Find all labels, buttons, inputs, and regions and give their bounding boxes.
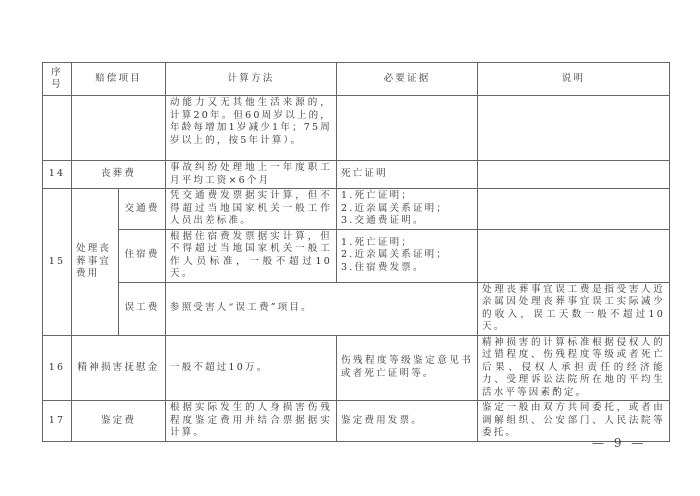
- evidence-cell: 伤残程度等级鉴定意见书或者死亡证明等。: [337, 335, 478, 401]
- header-item: 赔偿项目: [72, 63, 166, 96]
- note-cell: [478, 161, 670, 189]
- item-cell: 精神损害抚慰金: [72, 335, 166, 401]
- table-row-16: 16 精神损害抚慰金 一般不超过10万。 伤残程度等级鉴定意见书或者死亡证明等。…: [43, 335, 670, 401]
- seq-cell: 17: [43, 401, 72, 442]
- item-cell: 处理丧葬事宜费用: [72, 189, 119, 336]
- seq-cell: 14: [43, 161, 72, 189]
- table-header-row: 序号 赔偿项目 计算方法 必要证据 说明: [43, 63, 670, 96]
- note-cell: [478, 189, 670, 230]
- compensation-table: 序号 赔偿项目 计算方法 必要证据 说明 动能力又无其他生活来源的，计算20年。…: [42, 62, 670, 442]
- note-cell: [478, 229, 670, 282]
- note-cell: [478, 96, 670, 161]
- evidence-cell: 鉴定费用发票。: [337, 401, 478, 442]
- note-cell: 处理丧葬事宜误工费是指受害人近亲属因处理丧葬事宜误工实际减少的收入，误工天数一般…: [478, 282, 670, 335]
- note-cell: 精神损害的计算标准根据侵权人的过错程度、伤残程度等级或者死亡后果、侵权人承担责任…: [478, 335, 670, 401]
- page-number: — 9 —: [592, 436, 646, 450]
- seq-cell: 16: [43, 335, 72, 401]
- method-cell: 根据住宿费发票据实计算，但不得超过当地国家机关一般工作人员标准，一般不超过10天…: [166, 229, 337, 282]
- method-cell: 事故纠纷处理地上一年度职工月平均工资×6个月: [166, 161, 337, 189]
- header-seq: 序号: [43, 63, 72, 96]
- evidence-cell: 1.死亡证明； 2.近亲属关系证明； 3.交通费证明。: [337, 189, 478, 230]
- method-cell: 一般不超过10万。: [166, 335, 337, 401]
- evidence-cell: 死亡证明: [337, 161, 478, 189]
- table-row-continuation: 动能力又无其他生活来源的，计算20年。但60周岁以上的，年龄每增加1岁减少1年；…: [43, 96, 670, 161]
- method-cell: 动能力又无其他生活来源的，计算20年。但60周岁以上的，年龄每增加1岁减少1年；…: [166, 96, 337, 161]
- subitem-cell: 误工费: [119, 282, 166, 335]
- table-row-15-transport: 15 处理丧葬事宜费用 交通费 凭交通费发票据实计算，但不得超过当地国家机关一般…: [43, 189, 670, 230]
- seq-cell: 15: [43, 189, 72, 336]
- note-cell: 鉴定一般由双方共同委托，或者由调解组织、公安部门、人民法院等委托。: [478, 401, 670, 442]
- item-cell: [72, 96, 166, 161]
- item-cell: 丧葬费: [72, 161, 166, 189]
- table-row-14: 14 丧葬费 事故纠纷处理地上一年度职工月平均工资×6个月 死亡证明: [43, 161, 670, 189]
- subitem-cell: 住宿费: [119, 229, 166, 282]
- header-method: 计算方法: [166, 63, 337, 96]
- item-cell: 鉴定费: [72, 401, 166, 442]
- seq-cell: [43, 96, 72, 161]
- method-cell: 凭交通费发票据实计算，但不得超过当地国家机关一般工作人员出差标准。: [166, 189, 337, 230]
- table-row-17: 17 鉴定费 根据实际发生的人身损害伤残程度鉴定费用并结合票据据实计算。 鉴定费…: [43, 401, 670, 442]
- method-cell: 根据实际发生的人身损害伤残程度鉴定费用并结合票据据实计算。: [166, 401, 337, 442]
- table-row-15-lodging: 住宿费 根据住宿费发票据实计算，但不得超过当地国家机关一般工作人员标准，一般不超…: [43, 229, 670, 282]
- subitem-cell: 交通费: [119, 189, 166, 230]
- evidence-cell: [337, 96, 478, 161]
- header-note: 说明: [478, 63, 670, 96]
- method-cell: 参照受害人“误工费”项目。: [166, 282, 478, 335]
- table-row-15-lost-wages: 误工费 参照受害人“误工费”项目。 处理丧葬事宜误工费是指受害人近亲属因处理丧葬…: [43, 282, 670, 335]
- evidence-cell: 1.死亡证明； 2.近亲属关系证明； 3.住宿费发票。: [337, 229, 478, 282]
- header-evidence: 必要证据: [337, 63, 478, 96]
